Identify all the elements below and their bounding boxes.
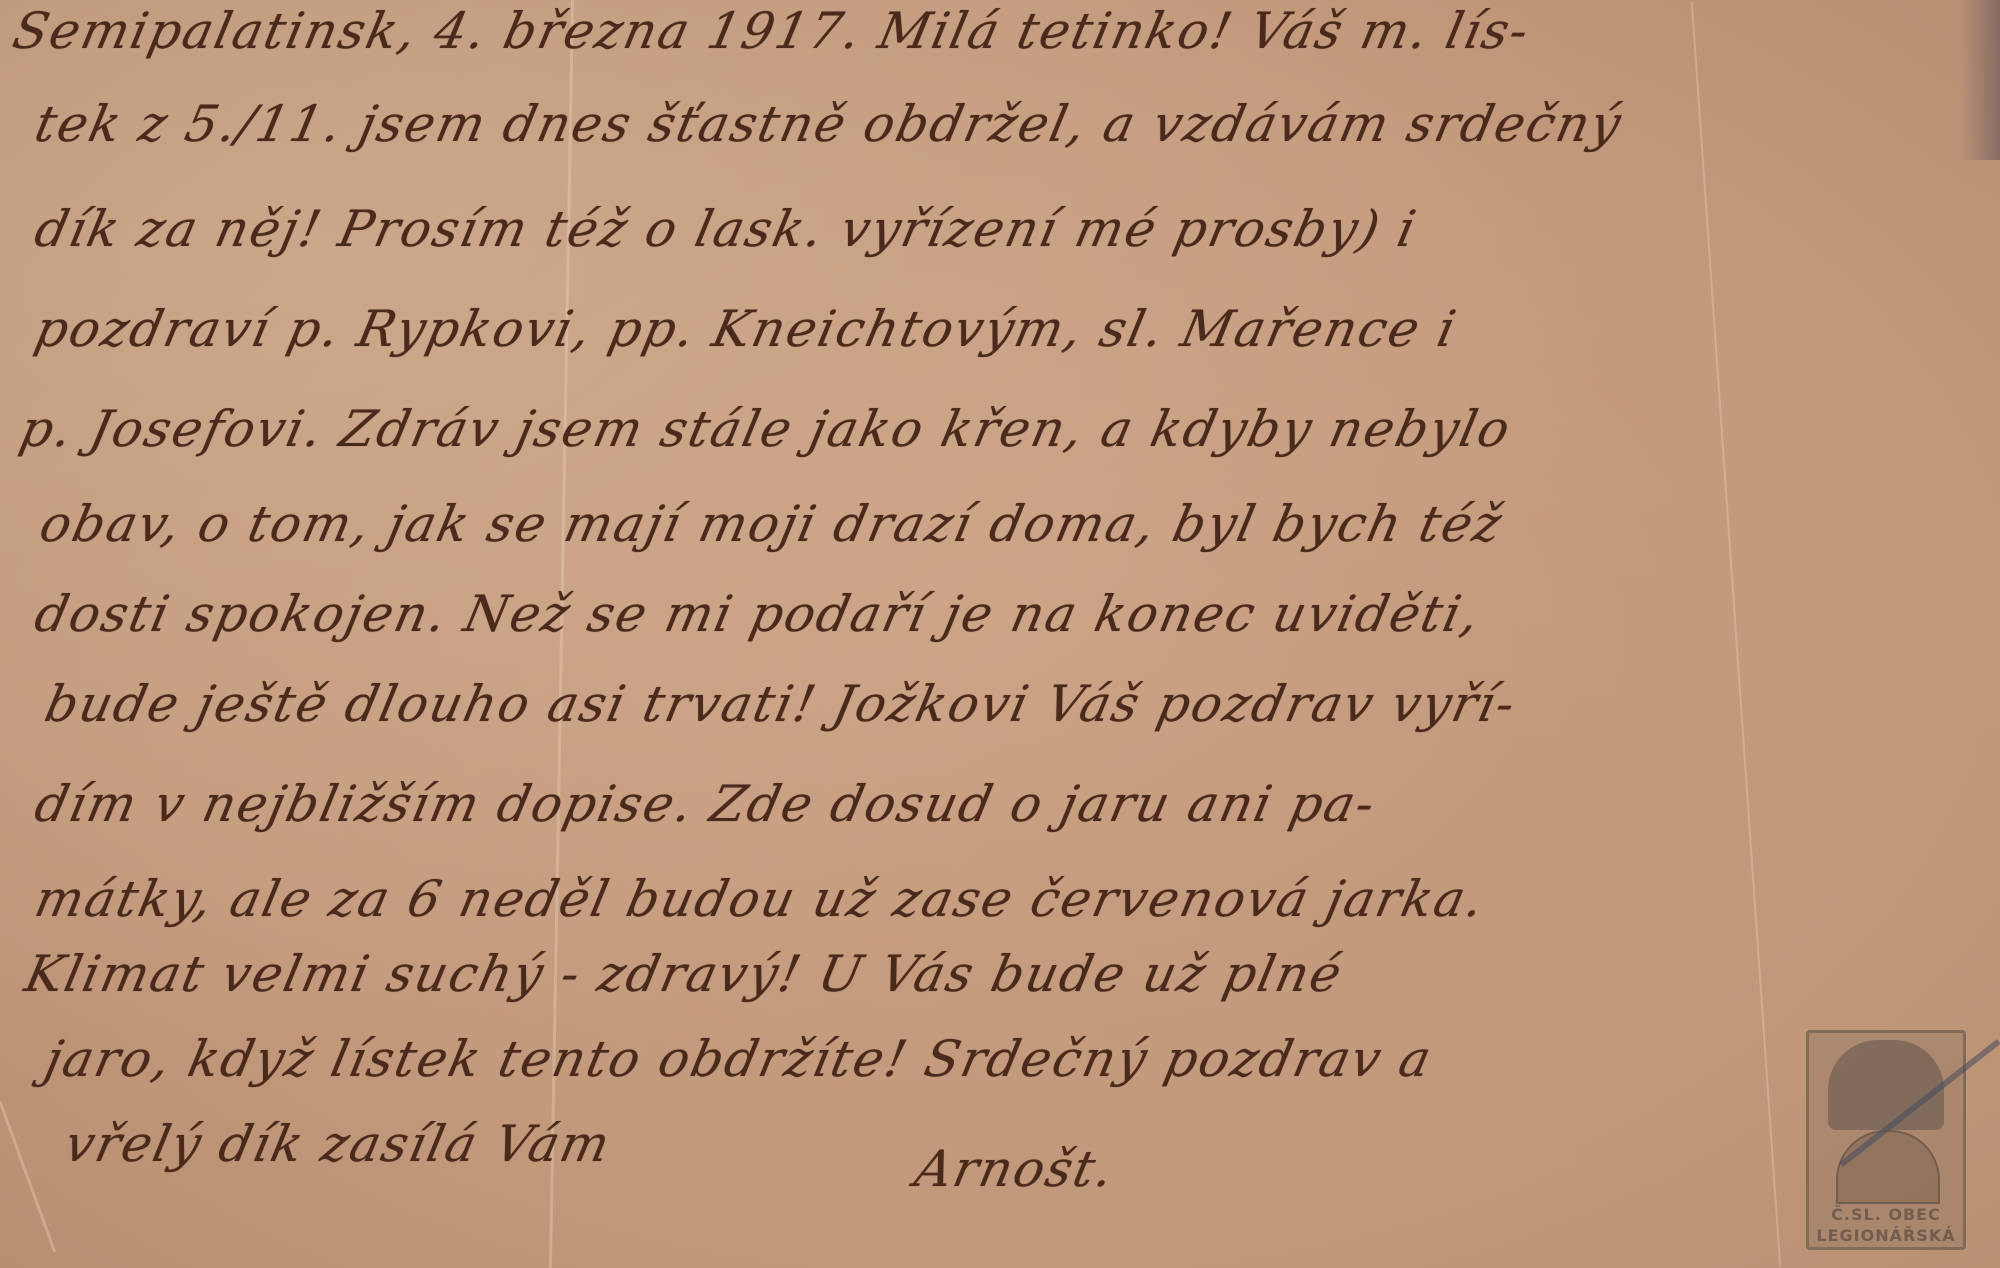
letter-line-3: dík za něj! Prosím též o lask. vyřízení … [30,200,1423,258]
letter-line-6: obav, o tom, jak se mají moji drazí doma… [35,495,1508,553]
letter-line-1: Semipalatinsk, 4. března 1917. Milá teti… [8,2,1535,60]
paper-crease [0,1101,56,1252]
stamp-text-line-1: Č.SL. OBEC [1806,1205,1966,1224]
letter-line-12: jaro, když lístek tento obdržíte! Srdečn… [40,1030,1438,1088]
letter-line-8: bude ještě dlouho asi trvati! Jožkovi Vá… [40,675,1522,733]
stamp-text-line-2: LEGIONÁŘSKÁ [1806,1226,1966,1245]
legion-watermark-stamp: Č.SL. OBEC LEGIONÁŘSKÁ [1806,1030,1966,1250]
letter-line-2: tek z 5./11. jsem dnes šťastně obdržel, … [30,95,1628,153]
letter-line-7: dosti spokojen. Než se mi podaří je na k… [30,585,1486,643]
letter-line-10: mátky, ale za 6 neděl budou už zase červ… [30,870,1491,928]
signature: Arnošt. [910,1140,1120,1198]
worn-corner [1960,0,2000,160]
letter-line-5: p. Josefovi. Zdráv jsem stále jako křen,… [15,400,1517,458]
postcard-scan: Semipalatinsk, 4. března 1917. Milá teti… [0,0,2000,1268]
letter-line-11: Klimat velmi suchý - zdravý! U Vás bude … [20,945,1348,1003]
paper-crease [1691,1,1781,1266]
soldier-portrait-icon [1828,1040,1944,1130]
letter-line-9: dím v nejbližším dopise. Zde dosud o jar… [30,775,1382,833]
letter-line-4: pozdraví p. Rypkovi, pp. Kneichtovým, sl… [30,300,1463,358]
letter-line-13: vřelý dík zasílá Vám [60,1115,617,1173]
